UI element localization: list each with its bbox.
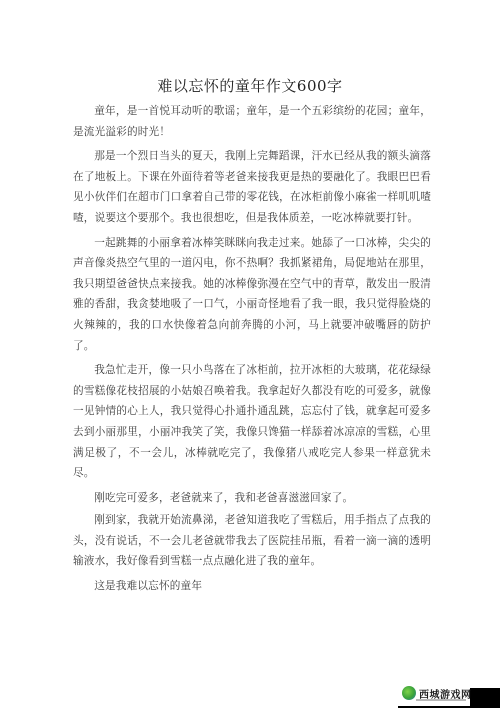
- paragraph-conclusion: 这是我难以忘怀的童年: [73, 576, 431, 597]
- paragraph-summer: 那是一个烈日当头的夏天，我刚上完舞蹈课，汗水已经从我的额头滴落在了地板上。下课在…: [73, 146, 431, 228]
- leaf-logo-icon: [402, 686, 416, 700]
- watermark-logo: 西城游戏网: [398, 680, 500, 708]
- paragraph-intro: 童年，是一首悦耳动听的歌谣；童年，是一个五彩缤纷的花园；童年，是流光溢彩的时光！: [73, 101, 431, 142]
- paragraph-hospital: 刚到家，我就开始流鼻涕，老爸知道我吃了雪糕后，用手指点了点我的头，没有说话，不一…: [73, 510, 431, 572]
- logo-subtitle-line: [416, 699, 466, 701]
- document-title: 难以忘怀的童年作文600字: [0, 76, 500, 96]
- paragraph-xiaoli: 一起跳舞的小丽拿着冰棒笑眯眯向我走过来。她舔了一口冰棒，尖尖的声音像炎热空气里的…: [73, 233, 431, 357]
- document-page: 难以忘怀的童年作文600字 童年，是一首悦耳动听的歌谣；童年，是一个五彩缤纷的花…: [0, 0, 500, 708]
- paragraph-dad-arrives: 刚吃完可爱多，老爸就来了，我和老爸喜滋滋回家了。: [73, 488, 431, 509]
- document-body: 童年，是一首悦耳动听的歌谣；童年，是一个五彩缤纷的花园；童年，是流光溢彩的时光！…: [73, 101, 431, 601]
- logo-card: 西城游戏网: [398, 680, 470, 706]
- paragraph-icecream: 我急忙走开，像一只小鸟落在了冰柜前，拉开冰柜的大玻璃，花花绿绿的雪糕像花枝招展的…: [73, 360, 431, 484]
